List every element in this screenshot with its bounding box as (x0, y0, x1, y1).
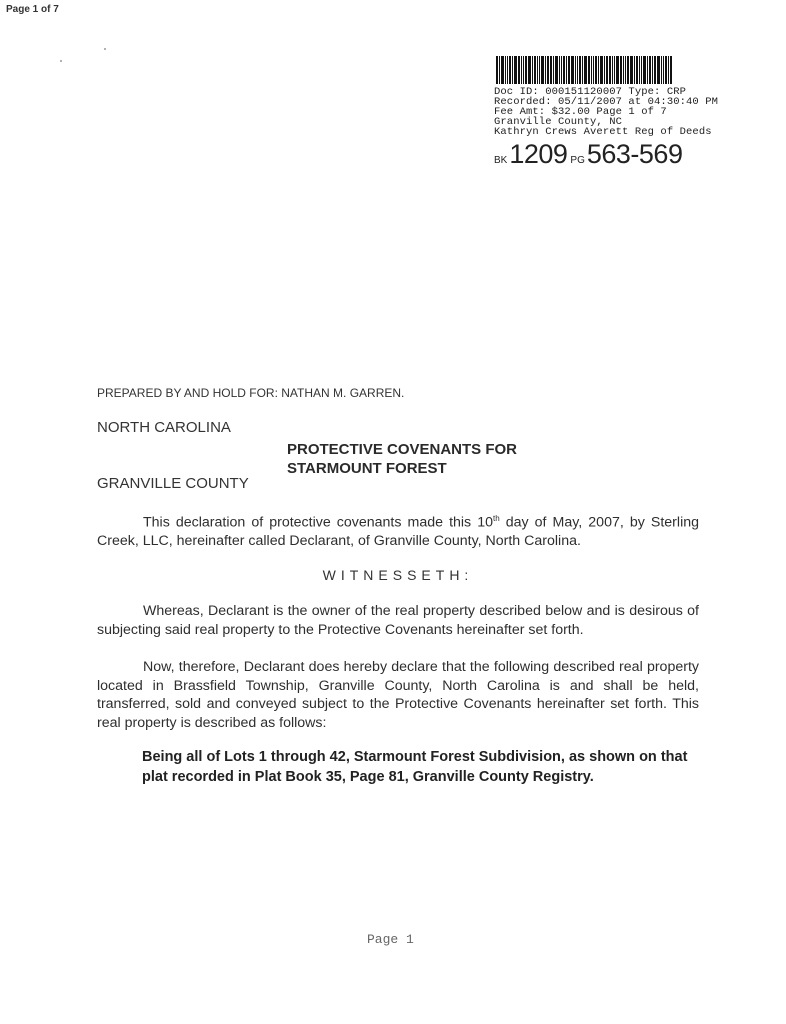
page-indicator: Page 1 of 7 (6, 4, 59, 15)
book-number: 1209 (509, 139, 567, 170)
whereas-paragraph: Whereas, Declarant is the owner of the r… (97, 602, 699, 639)
state-heading: NORTH CAROLINA (97, 419, 231, 436)
barcode-icon (496, 56, 714, 84)
witnesseth-heading: WITNESSETH: (97, 567, 699, 583)
stamp-lines: Doc ID: 000151120007 Type: CRP Recorded:… (494, 87, 724, 137)
scan-speck (60, 60, 62, 62)
county-heading: GRANVILLE COUNTY (97, 475, 249, 492)
recording-stamp: Doc ID: 000151120007 Type: CRP Recorded:… (494, 56, 724, 170)
document-title: PROTECTIVE COVENANTS FOR STARMOUNT FORES… (287, 440, 517, 478)
bk-label: BK (494, 155, 507, 166)
title-line-1: PROTECTIVE COVENANTS FOR (287, 440, 517, 459)
pg-label: PG (570, 155, 584, 166)
declaration-paragraph: This declaration of protective covenants… (97, 510, 699, 551)
title-line-2: STARMOUNT FOREST (287, 459, 517, 478)
stamp-register: Kathryn Crews Averett Reg of Deeds (494, 127, 724, 137)
book-page-reference: BK 1209 PG 563-569 (494, 139, 724, 170)
now-therefore-paragraph: Now, therefore, Declarant does hereby de… (97, 658, 699, 732)
scan-speck (104, 48, 106, 50)
legal-description: Being all of Lots 1 through 42, Starmoun… (142, 747, 702, 787)
page-footer: Page 1 (367, 932, 414, 947)
prepared-by: PREPARED BY AND HOLD FOR: NATHAN M. GARR… (97, 386, 404, 400)
page-range: 563-569 (587, 139, 683, 170)
